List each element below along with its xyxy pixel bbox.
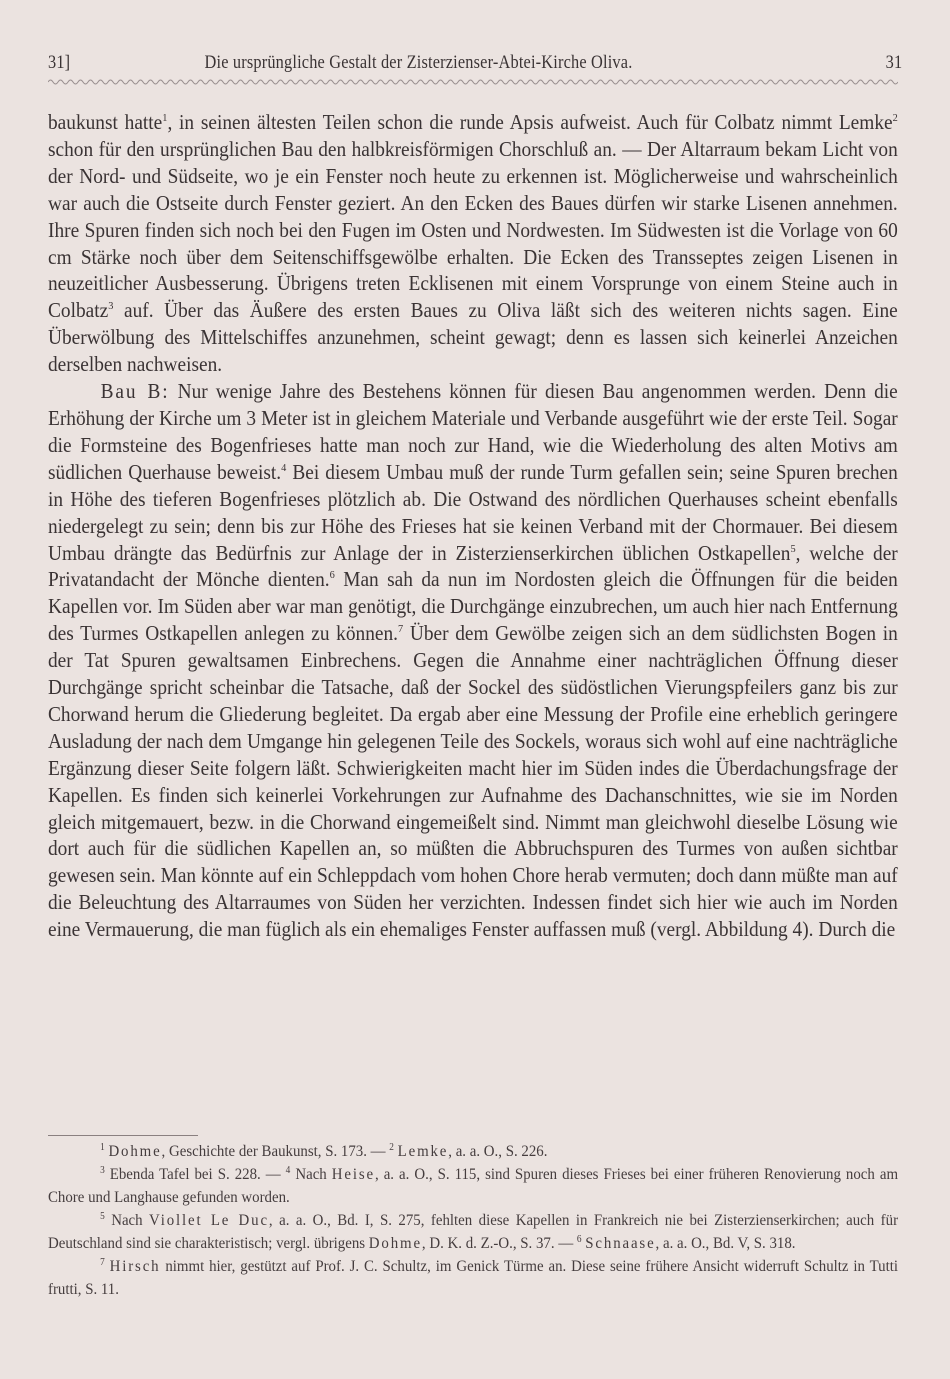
page-title: Die ursprüngliche Gestalt der Zisterzien… (205, 52, 633, 74)
footnote: 3 Ebenda Tafel bei S. 228. — 4 Nach Heis… (48, 1163, 898, 1209)
page-number: 31 (886, 52, 903, 74)
section-lead: Bau B: (101, 381, 170, 403)
footnotes: 1 Dohme, Geschichte der Baukunst, S. 173… (48, 1140, 898, 1301)
footnote: 7 Hirsch nimmt hier, gestützt auf Prof. … (48, 1255, 898, 1301)
running-head: 31] Die ursprüngliche Gestalt der Zister… (48, 52, 899, 78)
page-reference: 31] (48, 52, 70, 74)
wavy-rule-divider (48, 78, 898, 86)
author-name: Dohme (369, 1235, 422, 1252)
author-name: Heise (332, 1166, 375, 1183)
paragraph: Bau B: Nur wenige Jahre des Bestehens kö… (48, 379, 898, 944)
author-name: Viollet Le Duc (149, 1212, 269, 1229)
document-page: 31] Die ursprüngliche Gestalt der Zister… (0, 0, 950, 1379)
main-text: baukunst hatte1, in seinen ältesten Teil… (48, 110, 898, 944)
footnote: 5 Nach Viollet Le Duc, a. a. O., Bd. I, … (48, 1209, 898, 1255)
footnote-ref[interactable]: 2 (893, 112, 898, 124)
author-name: Lemke (398, 1143, 449, 1160)
footnote-separator (48, 1135, 198, 1136)
author-name: Schnaase (585, 1235, 655, 1252)
paragraph: baukunst hatte1, in seinen ältesten Teil… (48, 110, 898, 379)
footnote: 1 Dohme, Geschichte der Baukunst, S. 173… (48, 1140, 898, 1163)
author-name: Hirsch (110, 1258, 161, 1275)
author-name: Dohme (108, 1143, 161, 1160)
